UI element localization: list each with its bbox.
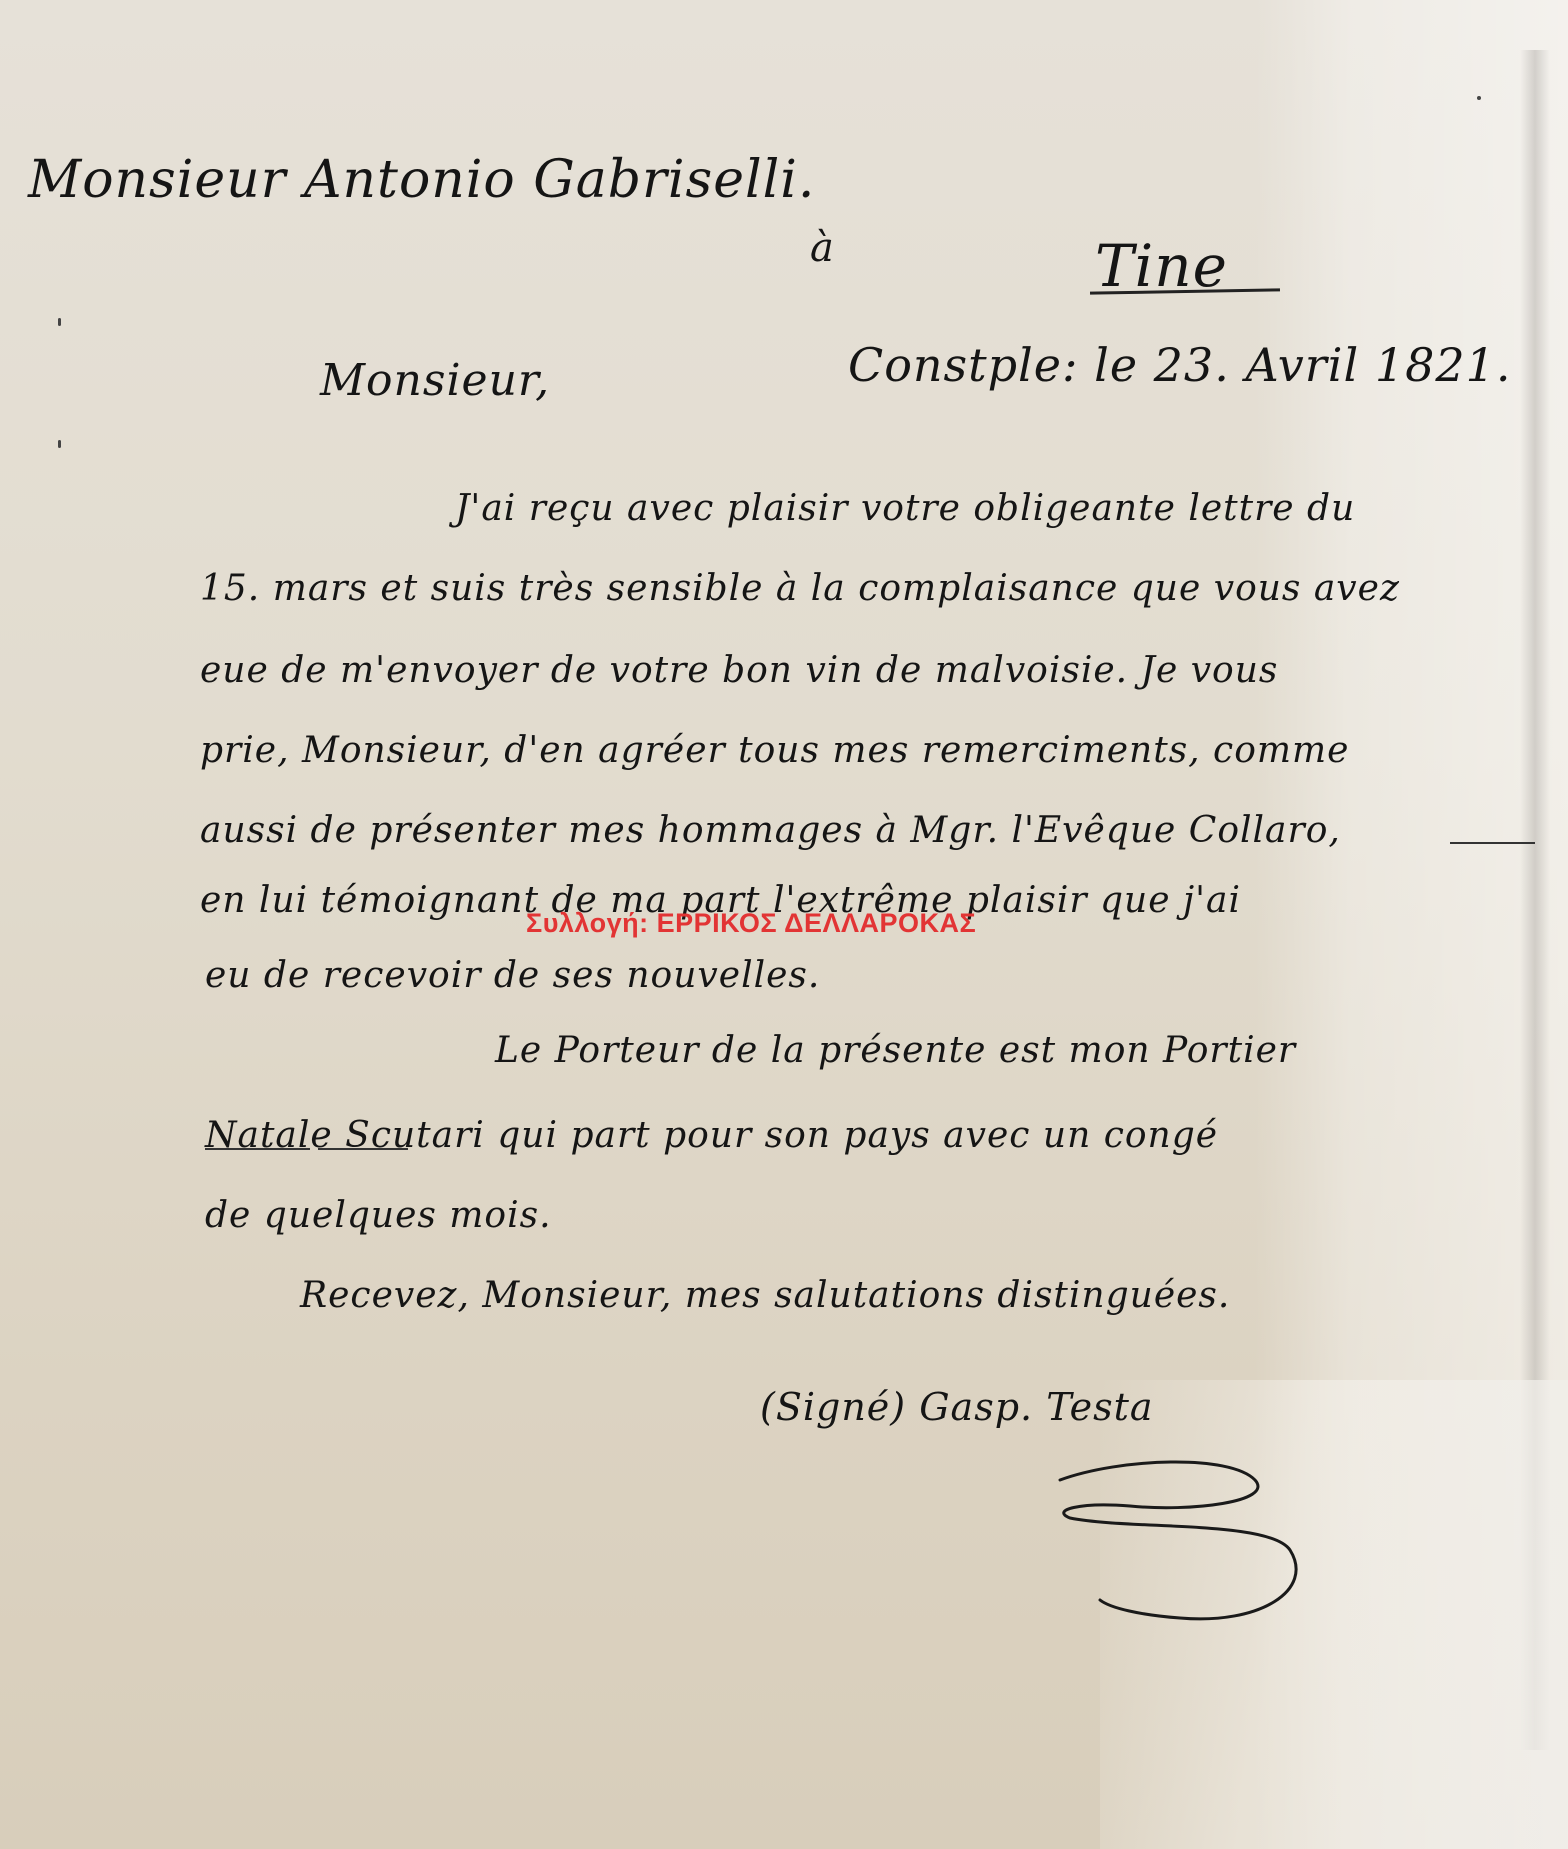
salutation: Monsieur, (320, 355, 550, 406)
body-line: prie, Monsieur, d'en agréer tous mes rem… (200, 730, 1349, 771)
underline-scutari (318, 1148, 408, 1150)
body-line: eue de m'envoyer de votre bon vin de mal… (200, 650, 1278, 691)
dateline: Constple: le 23. Avril 1821. (848, 338, 1512, 392)
ink-speck (58, 318, 61, 326)
signature-flourish-icon (1040, 1440, 1360, 1630)
ink-speck (58, 440, 61, 448)
underline-natale (205, 1148, 310, 1150)
collection-watermark: Συλλογή: ΕΡΡΙΚΟΣ ΔΕΛΛΑΡΟΚΑΣ (526, 908, 976, 939)
body-line: de quelques mois. (205, 1195, 552, 1236)
body-line: eu de recevoir de ses nouvelles. (205, 955, 820, 996)
underline-collaro (1450, 842, 1535, 844)
destination-prefix: à (810, 225, 835, 271)
body-line: 15. mars et suis très sensible à la comp… (200, 568, 1400, 609)
addressee: Monsieur Antonio Gabriselli. (28, 150, 815, 210)
closing: Recevez, Monsieur, mes salutations disti… (300, 1275, 1230, 1316)
signature: (Signé) Gasp. Testa (760, 1385, 1154, 1429)
body-line: J'ai reçu avec plaisir votre obligeante … (455, 488, 1355, 529)
body-line: Le Porteur de la présente est mon Portie… (495, 1030, 1296, 1071)
body-line: aussi de présenter mes hommages à Mgr. l… (200, 810, 1341, 851)
ink-speck (1477, 96, 1481, 100)
